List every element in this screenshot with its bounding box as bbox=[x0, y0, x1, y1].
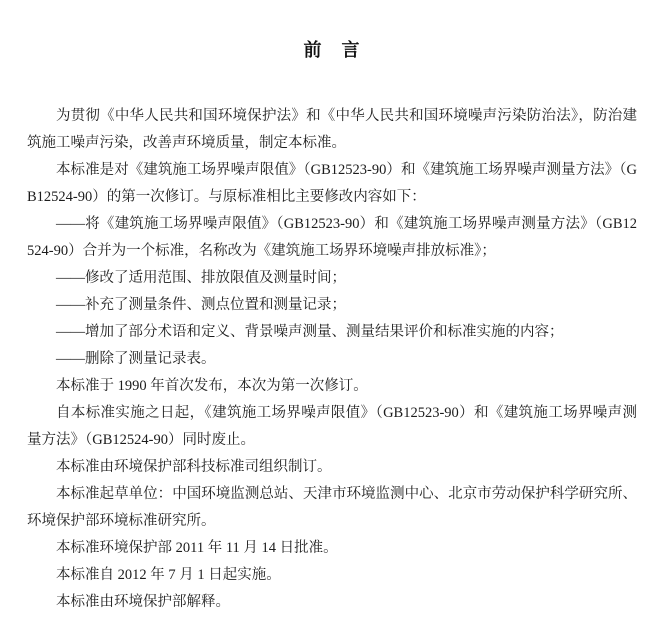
paragraph: 为贯彻《中华人民共和国环境保护法》和《中华人民共和国环境噪声污染防治法》，防治建… bbox=[27, 103, 637, 157]
page-title: 前 言 bbox=[27, 36, 637, 62]
paragraph: ——增加了部分术语和定义、背景噪声测量、测量结果评价和标准实施的内容； bbox=[27, 319, 637, 346]
paragraph: 自本标准实施之日起，《建筑施工场界噪声限值》（GB12523-90）和《建筑施工… bbox=[27, 400, 637, 454]
document-page: 前 言 为贯彻《中华人民共和国环境保护法》和《中华人民共和国环境噪声污染防治法》… bbox=[0, 0, 651, 628]
paragraph: 本标准自 2012 年 7 月 1 日起实施。 bbox=[27, 562, 637, 589]
document-body: 为贯彻《中华人民共和国环境保护法》和《中华人民共和国环境噪声污染防治法》，防治建… bbox=[27, 103, 637, 616]
paragraph: 本标准是对《建筑施工场界噪声限值》（GB12523-90）和《建筑施工场界噪声测… bbox=[27, 157, 637, 211]
paragraph: 本标准由环境保护部科技标准司组织制订。 bbox=[27, 454, 637, 481]
paragraph: ——删除了测量记录表。 bbox=[27, 346, 637, 373]
paragraph: ——补充了测量条件、测点位置和测量记录； bbox=[27, 292, 637, 319]
paragraph: 本标准由环境保护部解释。 bbox=[27, 589, 637, 616]
paragraph: ——将《建筑施工场界噪声限值》（GB12523-90）和《建筑施工场界噪声测量方… bbox=[27, 211, 637, 265]
paragraph: 本标准起草单位：中国环境监测总站、天津市环境监测中心、北京市劳动保护科学研究所、… bbox=[27, 481, 637, 535]
paragraph: 本标准于 1990 年首次发布，本次为第一次修订。 bbox=[27, 373, 637, 400]
paragraph: ——修改了适用范围、排放限值及测量时间； bbox=[27, 265, 637, 292]
paragraph: 本标准环境保护部 2011 年 11 月 14 日批准。 bbox=[27, 535, 637, 562]
